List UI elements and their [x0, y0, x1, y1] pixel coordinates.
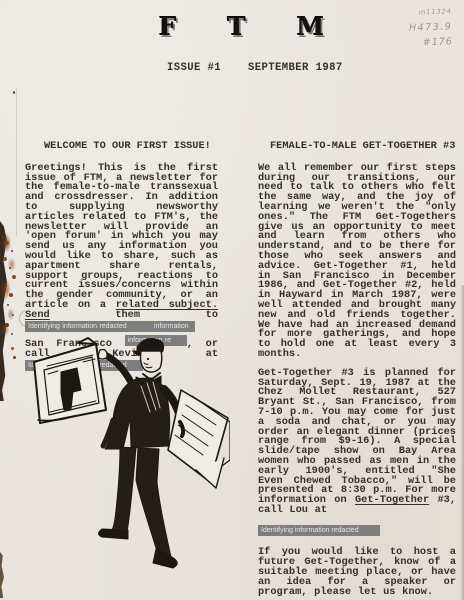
right-column: FEMALE-TO-MALE GET-TOGETHER #3 We all re…	[258, 142, 456, 600]
corner-stain	[0, 552, 4, 598]
paper-crease	[16, 88, 17, 236]
pencil-note-line1: m11324	[408, 4, 452, 21]
newsletter-page: F T M ISSUE #1 SEPTEMBER 1987 m11324 H47…	[0, 0, 464, 600]
redaction-line: Identifying information redacted	[258, 525, 456, 540]
right-column-heading: FEMALE-TO-MALE GET-TOGETHER #3	[258, 142, 456, 152]
foxing-stain	[0, 230, 18, 338]
send-them-to-text: them to	[50, 309, 218, 321]
issue-line: ISSUE #1 SEPTEMBER 1987	[0, 62, 464, 74]
get-together-3-details: Get-Together #3 is planned for Saturday,…	[258, 367, 456, 506]
issue-date: SEPTEMBER 1987	[248, 62, 343, 74]
get-together-paragraph-1: We all remember our first steps during o…	[258, 164, 456, 360]
rust-speckles	[2, 236, 4, 238]
underlined-send: Send	[25, 309, 50, 321]
newsboy-illustration	[10, 330, 230, 592]
redaction-box: Identifying information redacted	[258, 525, 380, 536]
left-column-heading: WELCOME TO OUR FIRST ISSUE!	[25, 142, 218, 152]
pencil-annotation: m11324 H473.9 #176	[408, 4, 453, 50]
scan-edge-stain	[0, 221, 7, 401]
pencil-note-line3: #176	[409, 34, 453, 51]
masthead-title: F T M	[159, 12, 345, 41]
host-paragraph: If you would like to host a future Get-T…	[258, 548, 456, 597]
small-speck	[13, 91, 15, 94]
get-together-paragraph-2: Get-Together #3 is planned for Saturday,…	[258, 369, 456, 516]
welcome-text: Greetings! This is the first issue of FT…	[25, 162, 218, 311]
masthead: F T M	[0, 12, 464, 41]
page-edge-shadow	[460, 285, 464, 600]
underlined-get-together: Get-Together	[355, 494, 429, 506]
issue-number: ISSUE #1	[167, 62, 221, 74]
pencil-note-line2: H473.9	[408, 19, 452, 36]
